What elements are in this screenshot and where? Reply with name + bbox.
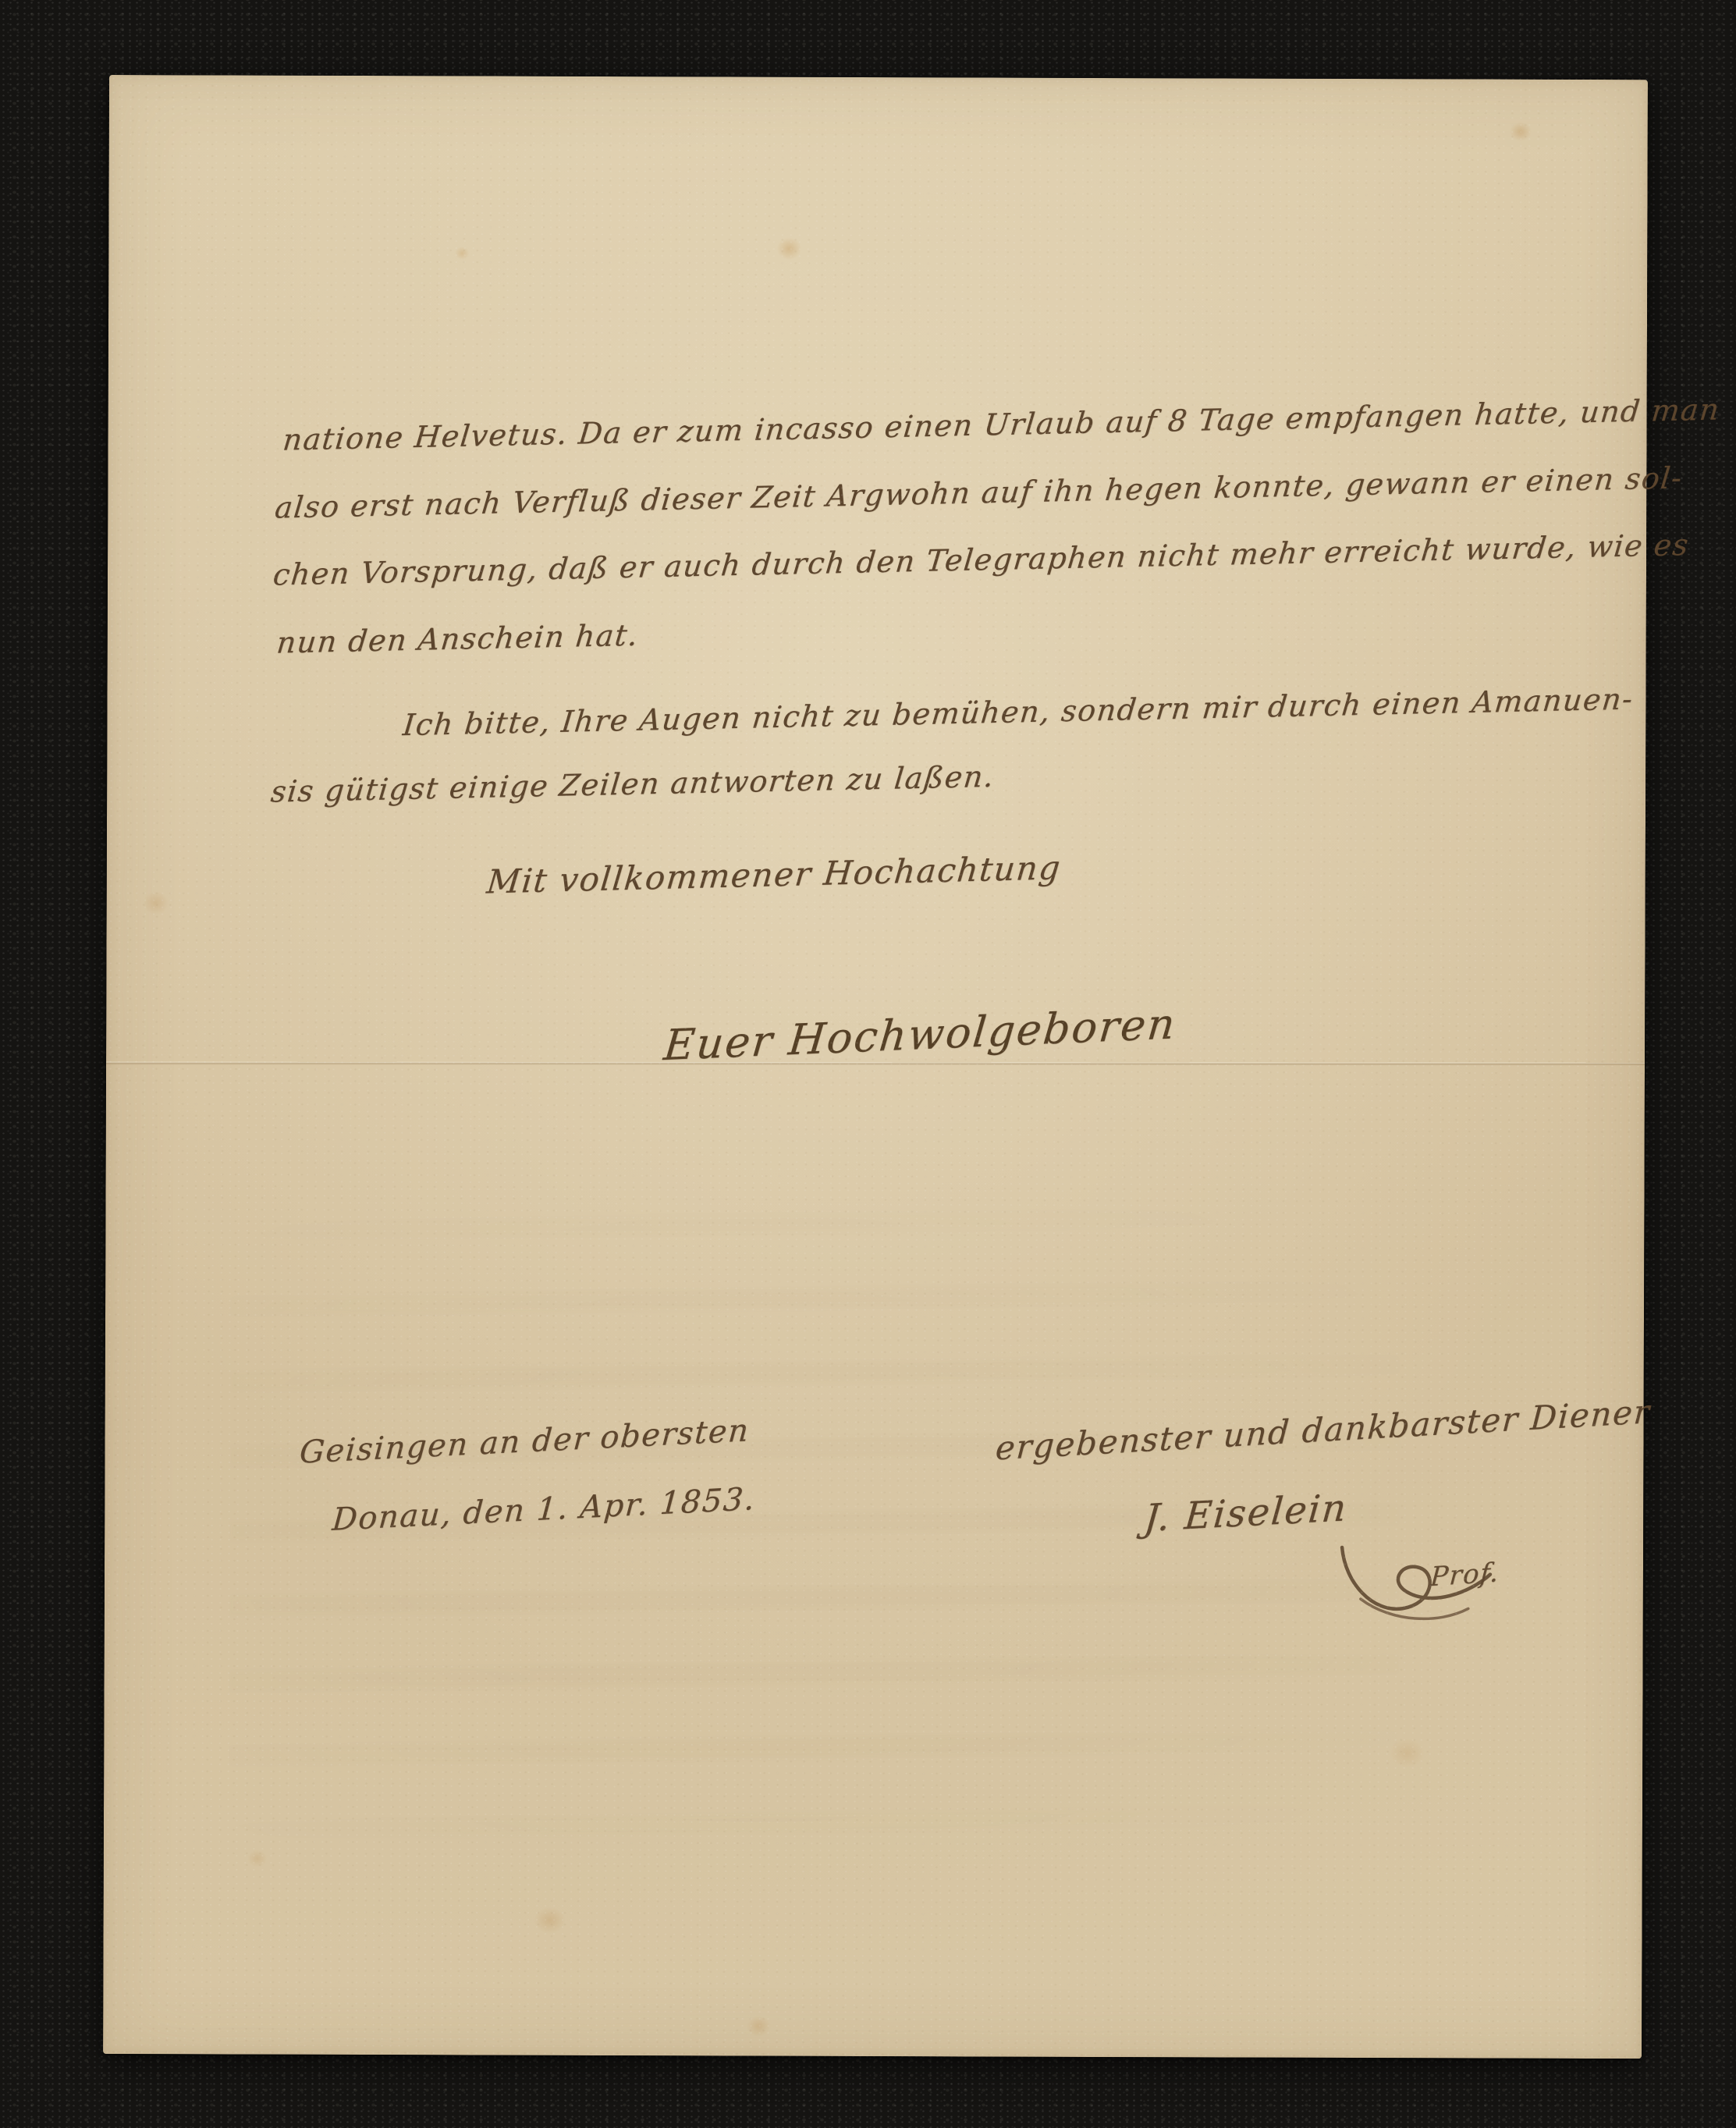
letter-body-line-4: nun den Anschein hat. [275, 618, 641, 660]
letter-salutation-closing: Euer Hochwolgeboren [662, 999, 1179, 1070]
photograph-of-letter: { "letter": { "kind": "handwritten lette… [0, 0, 1736, 2128]
foxing-stain [1506, 119, 1535, 145]
signature-name: J. Eiselein [1142, 1486, 1349, 1540]
letter-closing-line: Mit vollkommener Hochachtung [485, 848, 1063, 901]
letter-page: natione Helvetus. Da er zum incasso eine… [103, 75, 1648, 2059]
foxing-stain [772, 233, 806, 265]
foxing-stain [452, 243, 472, 262]
signature-flourish-note: Prof. [1429, 1557, 1500, 1593]
letter-body-line-6: sis gütigst einige Zeilen antworten zu l… [269, 759, 996, 809]
foxing-stain [138, 886, 174, 919]
letter-body-line-5: Ich bitte, Ihre Augen nicht zu bemühen, … [401, 681, 1635, 742]
letter-dateline-date: Donau, den 1. Apr. 1853. [331, 1481, 757, 1538]
foxing-stain [743, 2013, 774, 2041]
foxing-stain [529, 1902, 571, 1938]
signature-valediction: ergebenster und dankbarster Diener [994, 1392, 1652, 1467]
horizontal-fold-crease [106, 1062, 1645, 1066]
ink-show-through [229, 1183, 1401, 1889]
letter-body-line-2: also erst nach Verfluß dieser Zeit Argwo… [273, 460, 1685, 525]
foxing-stain [244, 1847, 271, 1870]
letter-body-line-1: natione Helvetus. Da er zum incasso eine… [281, 392, 1721, 457]
letter-body-line-3: chen Vorsprung, daß er auch durch den Te… [272, 528, 1691, 592]
foxing-stain [1383, 1733, 1430, 1772]
letter-dateline-place: Geisingen an der obersten [298, 1412, 751, 1471]
